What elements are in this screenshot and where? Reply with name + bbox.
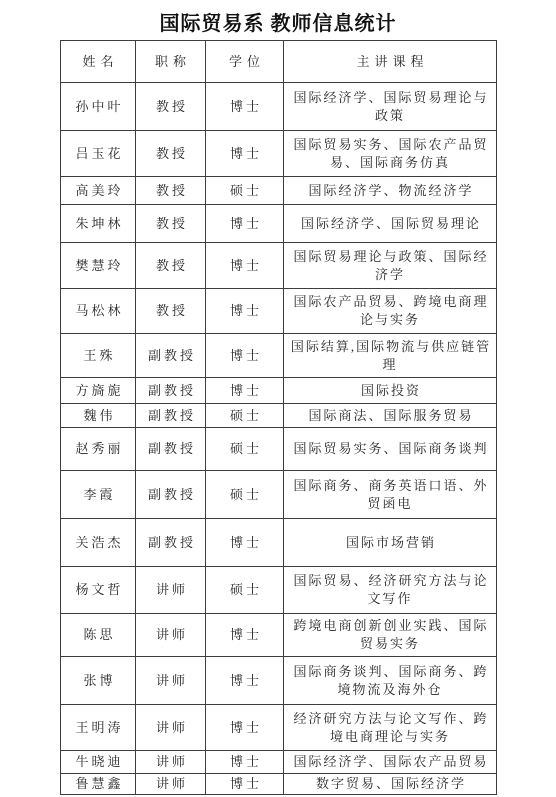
courses-cell: 国际贸易、经济研究方法与论文写作 (284, 567, 497, 614)
table-row: 张博讲师博士国际商务谈判、国际商务、跨境物流及海外仓 (61, 657, 497, 705)
name-cell: 张博 (61, 657, 136, 705)
header-row: 姓名 职称 学位 主讲课程 (61, 41, 497, 83)
title-cell: 讲师 (136, 567, 206, 614)
table-row: 樊慧玲教授博士国际贸易理论与政策、国际经济学 (61, 243, 497, 289)
name-cell: 赵秀丽 (61, 428, 136, 471)
name-cell: 陈思 (61, 614, 136, 657)
degree-cell: 博士 (206, 519, 284, 567)
courses-cell: 国际经济学、国际贸易理论与政策 (284, 83, 497, 131)
degree-cell: 博士 (206, 243, 284, 289)
teacher-table: 姓名 职称 学位 主讲课程 孙中叶教授博士国际经济学、国际贸易理论与政策吕玉花教… (60, 40, 497, 795)
degree-cell: 博士 (206, 614, 284, 657)
degree-cell: 硕士 (206, 404, 284, 428)
name-cell: 杨文哲 (61, 567, 136, 614)
title-cell: 教授 (136, 131, 206, 177)
courses-cell: 国际商务谈判、国际商务、跨境物流及海外仓 (284, 657, 497, 705)
degree-cell: 硕士 (206, 428, 284, 471)
name-cell: 牛晓迪 (61, 751, 136, 774)
title-cell: 教授 (136, 289, 206, 334)
degree-cell: 博士 (206, 378, 284, 404)
degree-cell: 博士 (206, 705, 284, 751)
table-body: 孙中叶教授博士国际经济学、国际贸易理论与政策吕玉花教授博士国际贸易实务、国际农产… (61, 83, 497, 795)
courses-cell: 国际商法、国际服务贸易 (284, 404, 497, 428)
table-row: 关浩杰副教授博士国际市场营销 (61, 519, 497, 567)
table-row: 魏伟副教授硕士国际商法、国际服务贸易 (61, 404, 497, 428)
title-cell: 副教授 (136, 428, 206, 471)
name-cell: 朱坤林 (61, 205, 136, 243)
degree-cell: 硕士 (206, 177, 284, 205)
courses-cell: 经济研究方法与论文写作、跨境电商理论与实务 (284, 705, 497, 751)
table-row: 马松林教授博士国际农产品贸易、跨境电商理论与实务 (61, 289, 497, 334)
column-header-name: 姓名 (61, 41, 136, 83)
degree-cell: 博士 (206, 83, 284, 131)
degree-cell: 博士 (206, 205, 284, 243)
courses-cell: 国际贸易实务、国际商务谈判 (284, 428, 497, 471)
table-row: 王殊副教授博士国际结算,国际物流与供应链管理 (61, 334, 497, 378)
degree-cell: 博士 (206, 334, 284, 378)
courses-cell: 国际农产品贸易、跨境电商理论与实务 (284, 289, 497, 334)
name-cell: 高美玲 (61, 177, 136, 205)
name-cell: 李霞 (61, 471, 136, 519)
title-cell: 副教授 (136, 471, 206, 519)
name-cell: 孙中叶 (61, 83, 136, 131)
title-cell: 教授 (136, 243, 206, 289)
name-cell: 王殊 (61, 334, 136, 378)
page-title: 国际贸易系 教师信息统计 (0, 0, 556, 36)
courses-cell: 跨境电商创新创业实践、国际贸易实务 (284, 614, 497, 657)
degree-cell: 博士 (206, 657, 284, 705)
title-cell: 教授 (136, 177, 206, 205)
table-row: 鲁慧鑫讲师博士数字贸易、国际经济学 (61, 774, 497, 795)
table-row: 王明涛讲师博士经济研究方法与论文写作、跨境电商理论与实务 (61, 705, 497, 751)
table-row: 牛晓迪讲师博士国际经济学、国际农产品贸易 (61, 751, 497, 774)
courses-cell: 国际市场营销 (284, 519, 497, 567)
courses-cell: 国际经济学、物流经济学 (284, 177, 497, 205)
degree-cell: 博士 (206, 774, 284, 795)
table-row: 方旖旎副教授博士国际投资 (61, 378, 497, 404)
degree-cell: 硕士 (206, 471, 284, 519)
table-row: 孙中叶教授博士国际经济学、国际贸易理论与政策 (61, 83, 497, 131)
name-cell: 方旖旎 (61, 378, 136, 404)
table-row: 朱坤林教授博士国际经济学、国际贸易理论 (61, 205, 497, 243)
courses-cell: 国际商务、商务英语口语、外贸函电 (284, 471, 497, 519)
name-cell: 鲁慧鑫 (61, 774, 136, 795)
courses-cell: 数字贸易、国际经济学 (284, 774, 497, 795)
table-row: 杨文哲讲师硕士国际贸易、经济研究方法与论文写作 (61, 567, 497, 614)
degree-cell: 博士 (206, 751, 284, 774)
title-cell: 副教授 (136, 519, 206, 567)
name-cell: 吕玉花 (61, 131, 136, 177)
courses-cell: 国际经济学、国际农产品贸易 (284, 751, 497, 774)
name-cell: 魏伟 (61, 404, 136, 428)
courses-cell: 国际结算,国际物流与供应链管理 (284, 334, 497, 378)
title-cell: 副教授 (136, 334, 206, 378)
column-header-courses: 主讲课程 (284, 41, 497, 83)
name-cell: 马松林 (61, 289, 136, 334)
degree-cell: 博士 (206, 131, 284, 177)
name-cell: 樊慧玲 (61, 243, 136, 289)
title-cell: 教授 (136, 205, 206, 243)
courses-cell: 国际贸易理论与政策、国际经济学 (284, 243, 497, 289)
courses-cell: 国际投资 (284, 378, 497, 404)
title-cell: 副教授 (136, 378, 206, 404)
title-cell: 讲师 (136, 751, 206, 774)
column-header-degree: 学位 (206, 41, 284, 83)
title-cell: 讲师 (136, 657, 206, 705)
degree-cell: 博士 (206, 289, 284, 334)
name-cell: 王明涛 (61, 705, 136, 751)
table-row: 李霞副教授硕士国际商务、商务英语口语、外贸函电 (61, 471, 497, 519)
courses-cell: 国际贸易实务、国际农产品贸易、国际商务仿真 (284, 131, 497, 177)
title-cell: 讲师 (136, 614, 206, 657)
table-row: 赵秀丽副教授硕士国际贸易实务、国际商务谈判 (61, 428, 497, 471)
degree-cell: 硕士 (206, 567, 284, 614)
title-cell: 讲师 (136, 774, 206, 795)
table-row: 陈思讲师博士跨境电商创新创业实践、国际贸易实务 (61, 614, 497, 657)
table-row: 吕玉花教授博士国际贸易实务、国际农产品贸易、国际商务仿真 (61, 131, 497, 177)
courses-cell: 国际经济学、国际贸易理论 (284, 205, 497, 243)
title-cell: 副教授 (136, 404, 206, 428)
title-cell: 教授 (136, 83, 206, 131)
table-header: 姓名 职称 学位 主讲课程 (61, 41, 497, 83)
column-header-title: 职称 (136, 41, 206, 83)
title-cell: 讲师 (136, 705, 206, 751)
name-cell: 关浩杰 (61, 519, 136, 567)
table-row: 高美玲教授硕士国际经济学、物流经济学 (61, 177, 497, 205)
